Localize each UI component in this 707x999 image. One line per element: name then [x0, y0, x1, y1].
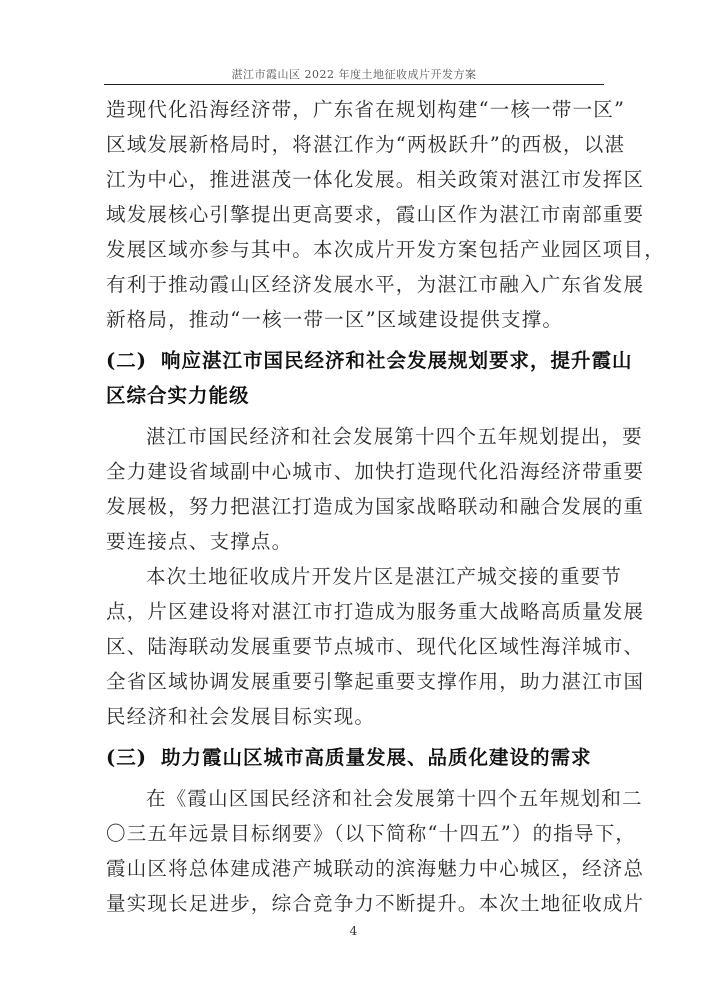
text-line: 全力建设省域副中心城市、加快打造现代化沿海经济带重要 — [106, 454, 600, 489]
text-line: 江为中心，推进湛茂一体化发展。相关政策对湛江市发挥区 — [106, 162, 600, 197]
text-line: 在《霞山区国民经济和社会发展第十四个五年规划和二 — [106, 781, 600, 816]
section-3-paragraph: 在《霞山区国民经济和社会发展第十四个五年规划和二 〇三五年远景目标纲要》（以下简… — [106, 781, 600, 921]
text-line: 湛江市国民经济和社会发展第十四个五年规划提出，要 — [106, 419, 600, 454]
text-line: 有利于推动霞山区经济发展水平，为湛江市融入广东省发展 — [106, 267, 600, 302]
section-3-heading: (三)助力霞山区城市高质量发展、品质化建设的需求 — [106, 740, 600, 775]
section-number: (三) — [106, 746, 147, 769]
paragraph-1: 造现代化沿海经济带，广东省在规划构建“一核一带一区” 区域发展新格局时，将湛江作… — [106, 92, 600, 337]
text-line: 点，片区建设将对湛江市打造成为服务重大战略高质量发展 — [106, 594, 600, 629]
section-number: (二) — [106, 349, 147, 372]
text-line: 全省区域协调发展重要引擎起重要支撑作用，助力湛江市国 — [106, 664, 600, 699]
page-number: 4 — [0, 924, 707, 938]
section-title: 响应湛江市国民经济和社会发展规划要求，提升霞山 — [161, 349, 633, 372]
text-line: 发展区域亦参与其中。本次成片开发方案包括产业园区项目， — [106, 232, 600, 267]
text-line: 区、陆海联动发展重要节点城市、现代化区域性海洋城市、 — [106, 629, 600, 664]
text-line: 要连接点、支撑点。 — [106, 524, 600, 559]
section-2-paragraph-2: 本次土地征收成片开发片区是湛江产城交接的重要节 点，片区建设将对湛江市打造成为服… — [106, 559, 600, 734]
text-line: 造现代化沿海经济带，广东省在规划构建“一核一带一区” — [106, 92, 600, 127]
section-2-heading: (二)响应湛江市国民经济和社会发展规划要求，提升霞山 区综合实力能级 — [106, 343, 600, 413]
text-line: 新格局，推动“一核一带一区”区域建设提供支撑。 — [106, 302, 600, 337]
text-line: 〇三五年远景目标纲要》（以下简称“十四五”）的指导下， — [106, 816, 600, 851]
document-body: 造现代化沿海经济带，广东省在规划构建“一核一带一区” 区域发展新格局时，将湛江作… — [106, 92, 600, 921]
text-line: 量实现长足进步，综合竞争力不断提升。本次土地征收成片 — [106, 886, 600, 921]
page-header: 湛江市霞山区 2022 年度土地征收成片开发方案 — [104, 66, 604, 82]
text-line: 域发展核心引擎提出更高要求，霞山区作为湛江市南部重要 — [106, 197, 600, 232]
header-rule — [104, 84, 604, 85]
section-2-paragraph-1: 湛江市国民经济和社会发展第十四个五年规划提出，要 全力建设省域副中心城市、加快打… — [106, 419, 600, 559]
text-line: 本次土地征收成片开发片区是湛江产城交接的重要节 — [106, 559, 600, 594]
section-title-cont: 区综合实力能级 — [106, 378, 600, 413]
text-line: 发展极，努力把湛江打造成为国家战略联动和融合发展的重 — [106, 489, 600, 524]
text-line: 民经济和社会发展目标实现。 — [106, 699, 600, 734]
text-line: 区域发展新格局时，将湛江作为“两极跃升”的西极，以湛 — [106, 127, 600, 162]
section-title: 助力霞山区城市高质量发展、品质化建设的需求 — [161, 746, 592, 769]
text-line: 霞山区将总体建成港产城联动的滨海魅力中心城区，经济总 — [106, 851, 600, 886]
